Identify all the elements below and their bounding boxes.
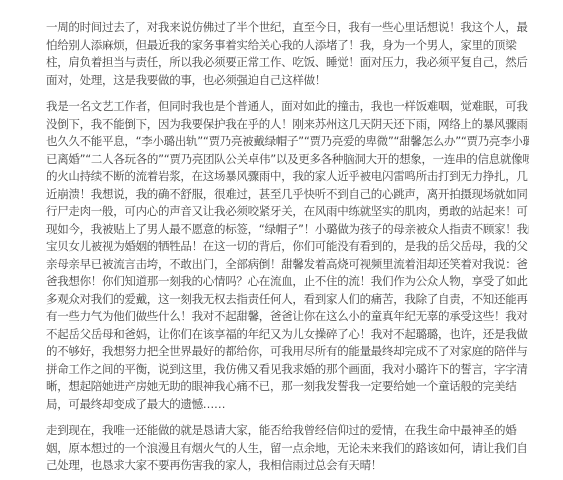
text-line: 多观众对我们的爱戴，这一刻我无权去指责任何人，看到家人们的痛苦，我除了自责，不知… (46, 291, 529, 309)
text-line: 宝贝女儿被视为婚姻的牺牲品！在这一切的背后，你们可能没有看到的，是我的岳父岳母，… (46, 238, 529, 256)
text-line: 一周的时间过去了，对我来说仿佛过了半个世纪，直至今日，我有一些心里话想说！我这个… (46, 19, 529, 37)
text-line: 己处理，也恳求大家不要再伤害我的家人，我相信雨过总会有天晴！ (46, 457, 529, 475)
text-line: 有一些力气为他们做些什么！我对不起甜馨，爸爸让你在这么小的童真年纪无辜的承受这些… (46, 308, 529, 326)
text-line: 拼命工作之间的平衡，说到这里，我仿佛又看见我求婚的那个画面，我对小璐许下的誓言，… (46, 361, 529, 379)
text-line: 爸我想你！你们知道那一刻我的心情吗？心在流血，止不住的流！我们作为公众人物，享受… (46, 273, 529, 291)
text-line: 怕给别人添麻烦，但最近我的家务事着实给关心我的人添堵了！我，身为一个男人，家里的… (46, 37, 529, 55)
paragraph-3: 走到现在，我唯一还能做的就是恳请大家，能否给我曾经信仰过的爱情，在我生命中最神圣… (46, 422, 529, 475)
text-line: 晰，想起陪她进产房她无助的眼神我心痛不已，那一刻我发誓我一定要给她一个童话般的完… (46, 378, 529, 396)
text-line: 我是一名文艺工作者，但同时我也是个普通人，面对如此的撞击，我也一样饭难咽，觉难眠… (46, 98, 529, 116)
text-line: 的火山持续不断的流着岩浆，在这场暴风骤雨中，我的家人近乎被电闪雷鸣所击打到无力挣… (46, 168, 529, 186)
text-line: 近崩溃！我想说，我的确不舒服，很难过，甚至几乎快听不到自己的心跳声，离开拍摄现场… (46, 186, 529, 204)
text-line: 的不够好，我想努力把全世界最好的都给你，可我用尽所有的能量最终却完成不了对家庭的… (46, 343, 529, 361)
article-body: 一周的时间过去了，对我来说仿佛过了半个世纪，直至今日，我有一些心里话想说！我这个… (0, 0, 563, 480)
text-line: 柱，肩负着担当与责任，所以我必须要正常工作、吃饭、睡觉！面对压力，我必须平复自己… (46, 54, 529, 72)
text-line: 亲母亲早已被流言击垮，不敢出门，全部病倒！甜馨发着高烧可视频里流着泪却还笑着对我… (46, 256, 529, 274)
text-line: 面对，处理，这是我要做的事，也必须强迫自己这样做！ (46, 72, 529, 90)
text-line: 不起岳父岳母和爸妈，让你们在该享福的年纪又为儿女操碎了心！我对不起璐璐，也许，还… (46, 326, 529, 344)
text-line: 姻，原本想过的一个浪漫且有烟火气的人生，留一点余地，无论未来我们的路该如何，请让… (46, 440, 529, 458)
text-line: 现如今，我被贴上了男人最不愿意的标签，“绿帽子”！小璐做为孩子的母亲被众人指责不… (46, 221, 529, 239)
text-line: 没倒下，我不能倒下，因为我要保护我在乎的人！刚来苏州这几天阴天还下雨，网络上的暴… (46, 116, 529, 134)
document-page: 一周的时间过去了，对我来说仿佛过了半个世纪，直至今日，我有一些心里话想说！我这个… (0, 0, 563, 480)
paragraph-1: 一周的时间过去了，对我来说仿佛过了半个世纪，直至今日，我有一些心里话想说！我这个… (46, 19, 529, 89)
paragraph-2: 我是一名文艺工作者，但同时我也是个普通人，面对如此的撞击，我也一样饭难咽，觉难眠… (46, 98, 529, 413)
text-line: 走到现在，我唯一还能做的就是恳请大家，能否给我曾经信仰过的爱情，在我生命中最神圣… (46, 422, 529, 440)
text-line: 也久久不能平息，“李小璐出轨”“贾乃亮被戴绿帽子”“贾乃亮爱的卑微”“甜馨怎么办… (46, 133, 529, 151)
text-line: 行尸走肉一般，可内心的声音又让我必须咬紧牙关，在风雨中练就坚实的肌肉，勇敢的站起… (46, 203, 529, 221)
text-line: 局，可最终却变成了最大的遗憾…… (46, 396, 529, 414)
text-line: 已离婚”“二人各玩各的”“贾乃亮团队公关卓伟”以及更多各种脑洞大开的想象，一连串… (46, 151, 529, 169)
